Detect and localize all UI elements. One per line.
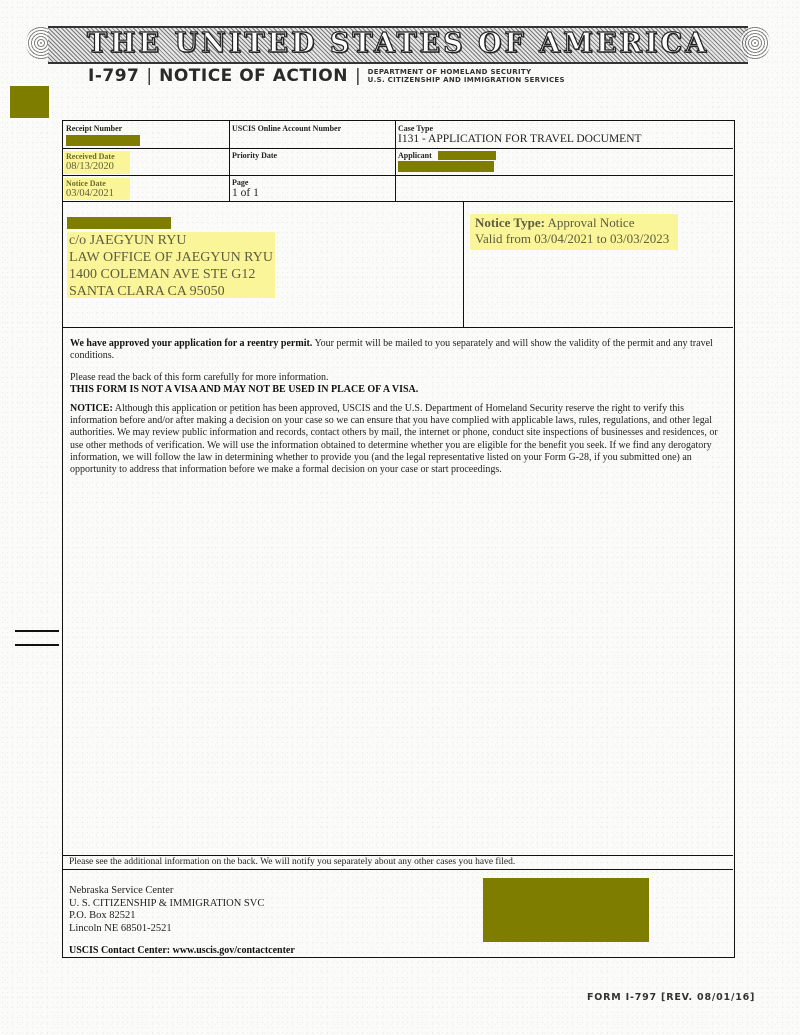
table-divider — [63, 148, 733, 149]
receipt-number-label: Receipt Number — [66, 124, 226, 133]
case-type-label: Case Type — [398, 124, 728, 133]
department-name: DEPARTMENT OF HOMELAND SECURITY U.S. CIT… — [368, 68, 565, 84]
page-cell: Page 1 of 1 — [232, 178, 392, 199]
header-separator: | — [146, 66, 152, 86]
form-header: I-797 | NOTICE OF ACTION | DEPARTMENT OF… — [88, 66, 565, 86]
notice-type-box: Notice Type: Approval Notice Valid from … — [470, 214, 678, 250]
table-divider — [63, 175, 733, 176]
not-visa-warning: THIS FORM IS NOT A VISA AND MAY NOT BE U… — [70, 384, 418, 395]
applicant-label-row: Applicant — [398, 151, 728, 160]
notice-text: Although this application or petition ha… — [70, 403, 718, 475]
service-center-line: U. S. CITIZENSHIP & IMMIGRATION SVC — [69, 898, 369, 911]
address-line: 1400 COLEMAN AVE STE G12 — [69, 266, 273, 283]
table-divider — [63, 327, 733, 328]
received-date-label: Received Date — [66, 152, 128, 161]
recipient-name-redacted — [67, 217, 171, 229]
applicant-cell: Applicant — [398, 151, 728, 172]
address-line: c/o JAEGYUN RYU — [69, 232, 273, 249]
notice-date-label: Notice Date — [66, 179, 128, 188]
approval-bold: We have approved your application for a … — [70, 338, 312, 349]
received-date-cell: Received Date 08/13/2020 — [64, 151, 130, 174]
receipt-number-cell: Receipt Number — [66, 124, 226, 146]
table-divider — [63, 855, 733, 856]
validity-period: Valid from 03/04/2021 to 03/03/2023 — [475, 231, 673, 247]
read-back-instruction: Please read the back of this form carefu… — [70, 372, 732, 396]
barcode-redacted — [483, 878, 649, 942]
notice-form: Receipt Number USCIS Online Account Numb… — [62, 120, 735, 958]
notice-type-label: Notice Type: — [475, 215, 545, 230]
approval-message: We have approved your application for a … — [70, 338, 732, 362]
notice-date-cell: Notice Date 03/04/2021 — [64, 178, 130, 200]
notice-label: NOTICE: — [70, 403, 113, 414]
priority-date-label: Priority Date — [232, 151, 392, 160]
form-revision: FORM I-797 [REV. 08/01/16] — [587, 992, 755, 1003]
online-account-cell: USCIS Online Account Number — [232, 124, 392, 133]
redaction-block-margin — [10, 86, 49, 118]
read-back-text: Please read the back of this form carefu… — [70, 372, 732, 384]
service-center-line: P.O. Box 82521 — [69, 910, 369, 923]
banner-title: THE UNITED STATES OF AMERICA — [87, 28, 709, 59]
priority-date-cell: Priority Date — [232, 151, 392, 160]
case-type-value: I131 - APPLICATION FOR TRAVEL DOCUMENT — [398, 133, 728, 145]
page-value: 1 of 1 — [232, 187, 392, 199]
notice-type-line: Notice Type: Approval Notice — [475, 215, 673, 231]
applicant-label: Applicant — [398, 151, 432, 160]
header-separator: | — [355, 66, 361, 86]
verification-notice: NOTICE: Although this application or pet… — [70, 403, 732, 476]
service-center-address: Nebraska Service Center U. S. CITIZENSHI… — [69, 885, 369, 935]
department-line-2: U.S. CITIZENSHIP AND IMMIGRATION SERVICE… — [368, 76, 565, 84]
service-center-line: Nebraska Service Center — [69, 885, 369, 898]
notice-type-value: Approval Notice — [547, 215, 634, 230]
fold-mark — [15, 644, 59, 646]
usa-banner: THE UNITED STATES OF AMERICA — [26, 22, 770, 64]
form-number: I-797 — [88, 66, 139, 86]
applicant-redacted-1 — [438, 151, 496, 160]
address-line: LAW OFFICE OF JAEGYUN RYU — [69, 249, 273, 266]
page-label: Page — [232, 178, 392, 187]
table-divider — [395, 121, 396, 201]
receipt-number-redacted — [66, 135, 140, 146]
table-divider — [229, 121, 230, 201]
scroll-ornament-right-icon — [740, 26, 770, 60]
applicant-redacted-2 — [398, 161, 494, 172]
notice-date-value: 03/04/2021 — [66, 188, 128, 199]
address-line: SANTA CLARA CA 95050 — [69, 283, 273, 300]
table-divider — [463, 201, 464, 327]
received-date-value: 08/13/2020 — [66, 161, 128, 172]
contact-center: USCIS Contact Center: www.uscis.gov/cont… — [69, 945, 469, 956]
department-line-1: DEPARTMENT OF HOMELAND SECURITY — [368, 68, 532, 76]
additional-info-note: Please see the additional information on… — [69, 857, 729, 867]
table-divider — [63, 869, 733, 870]
fold-mark — [15, 630, 59, 632]
online-account-label: USCIS Online Account Number — [232, 124, 392, 133]
form-title: NOTICE OF ACTION — [159, 66, 348, 86]
mailing-address: c/o JAEGYUN RYU LAW OFFICE OF JAEGYUN RY… — [67, 232, 275, 298]
case-type-cell: Case Type I131 - APPLICATION FOR TRAVEL … — [398, 124, 728, 145]
table-divider — [63, 201, 733, 202]
service-center-line: Lincoln NE 68501-2521 — [69, 923, 369, 936]
